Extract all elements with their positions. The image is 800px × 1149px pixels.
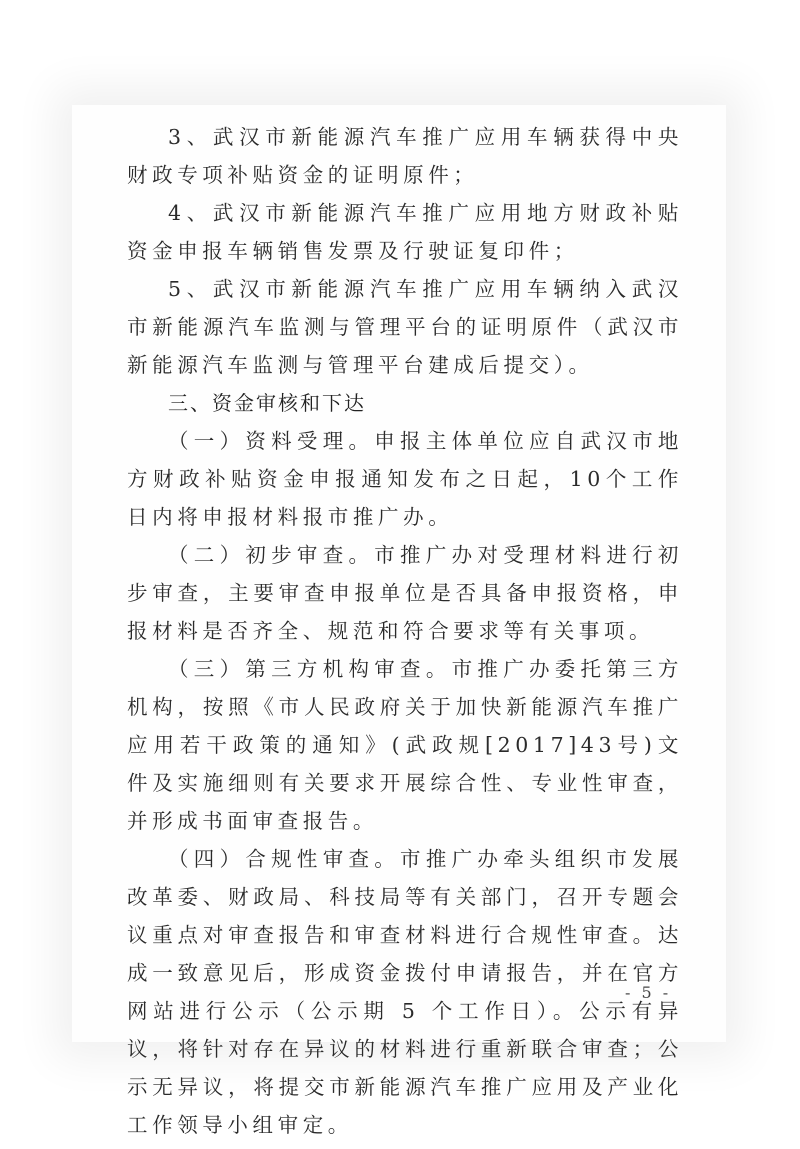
- document-body: 3、武汉市新能源汽车推广应用车辆获得中央财政专项补贴资金的证明原件； 4、武汉市…: [127, 118, 683, 1144]
- list-item-4: 4、武汉市新能源汽车推广应用地方财政补贴资金申报车辆销售发票及行驶证复印件；: [127, 194, 683, 270]
- subsection-material-acceptance: （一）资料受理。申报主体单位应自武汉市地方财政补贴资金申报通知发布之日起，10个…: [127, 422, 683, 536]
- subsection-compliance-review: （四）合规性审查。市推广办牵头组织市发展改革委、财政局、科技局等有关部门，召开专…: [127, 840, 683, 1144]
- subsection-third-party-review: （三）第三方机构审查。市推广办委托第三方机构，按照《市人民政府关于加快新能源汽车…: [127, 650, 683, 840]
- subsection-preliminary-review: （二）初步审查。市推广办对受理材料进行初步审查，主要审查申报单位是否具备申报资格…: [127, 536, 683, 650]
- page-number: - 5 -: [625, 983, 671, 1002]
- list-item-3: 3、武汉市新能源汽车推广应用车辆获得中央财政专项补贴资金的证明原件；: [127, 118, 683, 194]
- list-item-5: 5、武汉市新能源汽车推广应用车辆纳入武汉市新能源汽车监测与管理平台的证明原件（武…: [127, 270, 683, 384]
- section-heading: 三、资金审核和下达: [127, 384, 683, 422]
